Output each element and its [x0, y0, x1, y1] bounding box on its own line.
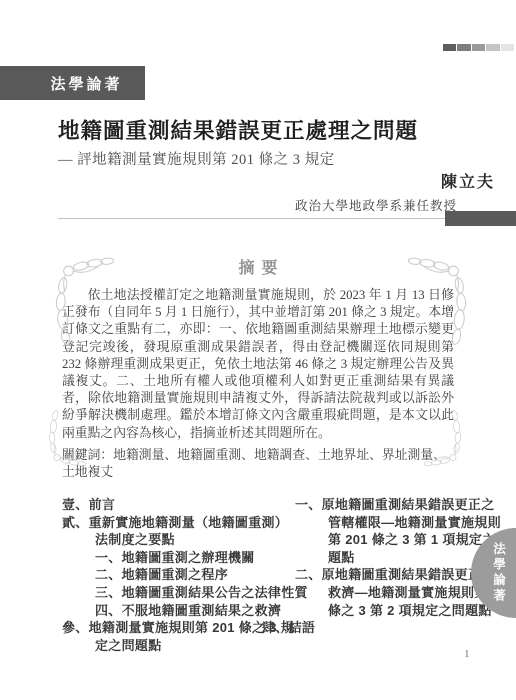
journal-page: 法學論著 地籍圖重測結果錯誤更正處理之問題 — 評地籍測量實施規則第 201 條…	[0, 0, 516, 700]
article-title: 地籍圖重測結果錯誤更正處理之問題	[58, 114, 478, 145]
abstract-heading: 摘要	[45, 247, 471, 278]
pattern-square	[486, 44, 500, 51]
category-box: 法學論著	[0, 66, 145, 100]
keywords-line: 關鍵詞：地籍測量、地籍圖重測、地籍調查、土地界址、界址測量、土地複丈	[62, 447, 454, 481]
author-block: 陳立夫 政治大學地政學系兼任教授	[295, 169, 495, 214]
toc-item: 肆、結語	[262, 619, 514, 637]
toc-item: 條之 3 第 2 項規定之問題點	[262, 602, 514, 620]
category-label: 法學論著	[50, 73, 122, 94]
divider-end-block	[445, 211, 516, 226]
pattern-square	[472, 44, 486, 51]
abstract-section: 摘要 依土地法授權訂定之地籍測量實施規則，於 2023 年 1 月 13 日修正…	[45, 247, 471, 470]
toc-item: 第 201 條之 3 第 1 項規定之問	[262, 531, 514, 549]
article-subtitle: — 評地籍測量實施規則第 201 條之 3 規定	[58, 148, 478, 169]
pattern-square	[443, 44, 457, 51]
toc-item: 定之問題點	[62, 637, 308, 655]
side-tab-label: 法學論著	[480, 542, 508, 604]
abstract-text: 依土地法授權訂定之地籍測量實施規則，於 2023 年 1 月 13 日修正發布（…	[62, 287, 454, 442]
divider-line	[58, 218, 445, 219]
author-name: 陳立夫	[295, 169, 495, 192]
toc-item: 管轄權限—地籍測量實施規則	[262, 514, 514, 532]
toc-item: 一、原地籍圖重測結果錯誤更正之	[262, 496, 514, 514]
gradient-squares-decoration	[443, 44, 515, 51]
page-number: 1	[464, 648, 470, 660]
pattern-square	[501, 44, 515, 51]
pattern-square	[457, 44, 471, 51]
